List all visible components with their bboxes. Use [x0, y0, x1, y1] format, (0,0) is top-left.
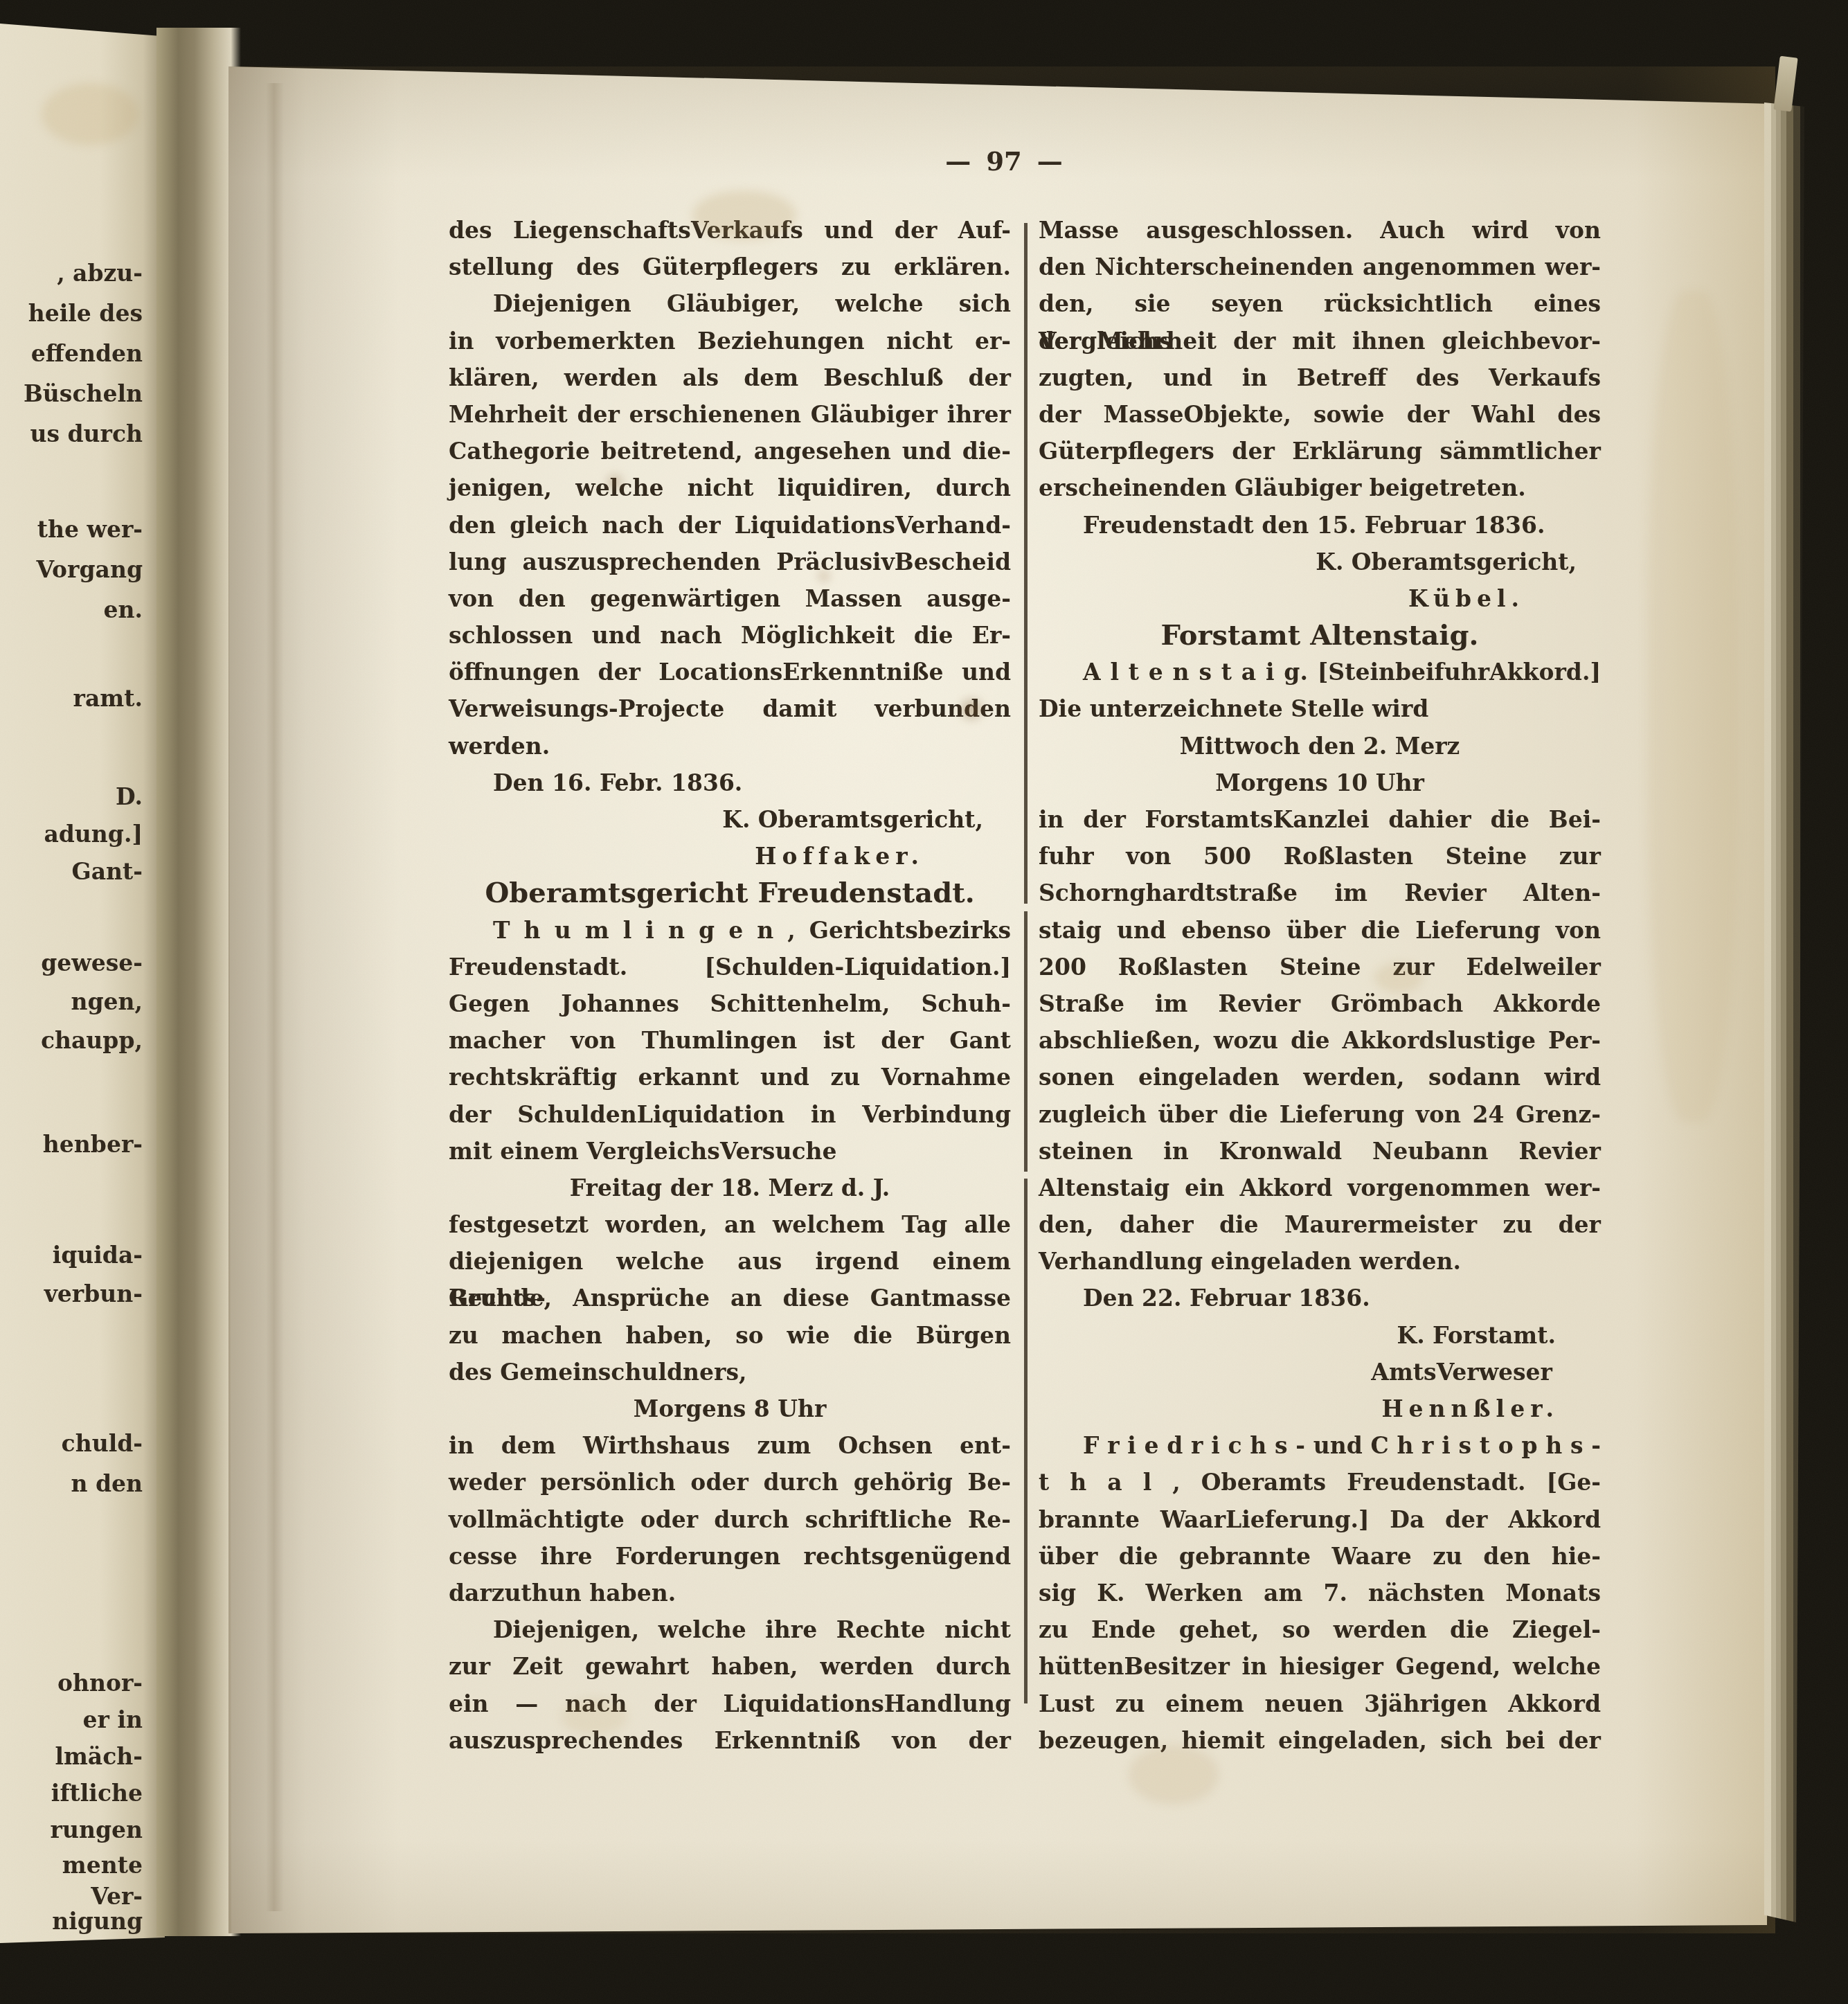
facing-page-text-fragment: rungen — [0, 1814, 143, 1846]
facing-page-text-fragment: effenden — [0, 338, 143, 370]
text-line: jenigen, welche nicht liquidiren, durch — [449, 469, 1011, 506]
text-line: in dem Wirthshaus zum Ochsen ent- — [449, 1427, 1011, 1464]
facing-page-text-fragment: ngen, — [0, 986, 143, 1018]
section-heading: Forstamt Altenstaig. — [1039, 617, 1601, 654]
text-line: Freudenstadt. [Schulden-Liquidation.] — [449, 949, 1011, 985]
header-dash-right: — — [1022, 146, 1078, 177]
text-line: öffnungen der LocationsErkenntniße und — [449, 654, 1011, 690]
text-line: sonen eingeladen werden, sodann wird — [1039, 1059, 1601, 1095]
facing-page-text-fragment: gewese- — [0, 947, 143, 979]
facing-page-text-fragment: D. — [0, 781, 143, 813]
facing-page-text-fragment: iquida- — [0, 1240, 143, 1271]
page-corner-sliver — [1773, 56, 1797, 112]
facing-page-fragments: , abzu-heile deseffendenBüschelnus durch… — [0, 0, 166, 2004]
text-line: staig und ebenso über die Lieferung von — [1039, 912, 1601, 949]
text-line: Morgens 10 Uhr — [1039, 764, 1601, 801]
text-line: der SchuldenLiquidation in Verbindung — [449, 1096, 1011, 1133]
facing-page-text-fragment: Büscheln — [0, 378, 143, 410]
facing-page-text-fragment: , abzu- — [0, 258, 143, 289]
text-line: rechtskräftig erkannt und zu Vornahme — [449, 1059, 1011, 1095]
text-line: von den gegenwärtigen Massen ausge- — [449, 580, 1011, 617]
text-line: Hennßler. — [1039, 1390, 1601, 1427]
text-line: weder persönlich oder durch gehörig Be- — [449, 1464, 1011, 1501]
text-line: 200 Roßlasten Steine zur Edelweiler — [1039, 949, 1601, 985]
fore-edge-page-stack — [1764, 102, 1804, 1922]
text-line: Mehrheit der erschienenen Gläubiger ihre… — [449, 396, 1011, 433]
text-column-left: des LiegenschaftsVerkaufs und der Auf-st… — [449, 212, 1011, 1759]
text-line: abschließen, wozu die Akkordslustige Per… — [1039, 1022, 1601, 1059]
scanned-book-photo: , abzu-heile deseffendenBüschelnus durch… — [0, 0, 1848, 2004]
text-line: A l t e n s t a i g. [SteinbeifuhrAkkord… — [1039, 654, 1601, 690]
column-divider-rule — [1024, 1179, 1028, 1703]
text-line: macher von Thumlingen ist der Gant — [449, 1022, 1011, 1059]
page-number-header: —97— — [228, 143, 1779, 180]
text-line: den Nichterscheinenden angenommen wer- — [1039, 249, 1601, 285]
text-line: lung auszusprechenden PräclusivBescheid — [449, 544, 1011, 580]
text-line: darzuthun haben. — [449, 1575, 1011, 1611]
text-line: Verhandlung eingeladen werden. — [1039, 1243, 1601, 1280]
text-line: Verweisungs-Projecte damit verbunden — [449, 690, 1011, 727]
text-line: bezeugen, hiemit eingeladen, sich bei de… — [1039, 1722, 1601, 1759]
facing-page-text-fragment: iftliche — [0, 1778, 143, 1809]
page-number: 97 — [986, 146, 1022, 177]
text-line: Gegen Johannes Schittenhelm, Schuh- — [449, 985, 1011, 1022]
text-line: t h a l , Oberamts Freudenstadt. [Ge- — [1039, 1464, 1601, 1501]
text-line: Den 22. Februar 1836. — [1039, 1280, 1601, 1316]
text-line: den gleich nach der LiquidationsVerhand- — [449, 507, 1011, 544]
text-line: stellung des Güterpflegers zu erklären. — [449, 249, 1011, 285]
text-line: den, sie seyen rücksichtlich eines Vergl… — [1039, 285, 1601, 322]
text-line: auszusprechendes Erkenntniß von der — [449, 1722, 1011, 1759]
text-line: schlossen und nach Möglichkeit die Er- — [449, 617, 1011, 654]
text-line: K. Oberamtsgericht, — [1039, 544, 1601, 580]
text-line: brannte WaarLieferung.] Da der Akkord — [1039, 1501, 1601, 1538]
text-line: Kübel. — [1039, 580, 1601, 617]
text-line: der Mehrheit der mit ihnen gleichbevor- — [1039, 323, 1601, 359]
text-line: zur Zeit gewahrt haben, werden durch — [449, 1648, 1011, 1685]
facing-page-text-fragment: us durch — [0, 418, 143, 450]
text-line: der MasseObjekte, sowie der Wahl des — [1039, 396, 1601, 433]
facing-page-text-fragment: n den — [0, 1468, 143, 1500]
text-line: erscheinenden Gläubiger beigetreten. — [1039, 469, 1601, 506]
facing-page-text-fragment: nigung — [0, 1906, 143, 1938]
facing-page-text-fragment: henber- — [0, 1129, 143, 1161]
column-divider-rule — [1024, 223, 1028, 904]
facing-page-text-fragment: adung.] — [0, 818, 143, 850]
text-line: Mittwoch den 2. Merz — [1039, 728, 1601, 764]
text-line: zu Ende gehet, so werden die Ziegel- — [1039, 1611, 1601, 1648]
text-line: in der ForstamtsKanzlei dahier die Bei- — [1039, 801, 1601, 838]
text-line: in vorbemerkten Beziehungen nicht er- — [449, 323, 1011, 359]
text-line: des LiegenschaftsVerkaufs und der Auf- — [449, 212, 1011, 249]
text-line: Die unterzeichnete Stelle wird — [1039, 690, 1601, 727]
text-line: Grunde, Ansprüche an diese Gantmasse — [449, 1280, 1011, 1316]
column-divider-rule — [1024, 911, 1028, 1172]
facing-page-text-fragment: en. — [0, 594, 143, 626]
text-line: Schornghardtstraße im Revier Alten- — [1039, 875, 1601, 911]
text-line: sig K. Werken am 7. nächsten Monats — [1039, 1575, 1601, 1611]
text-line: mit einem VergleichsVersuche — [449, 1133, 1011, 1170]
book-gutter — [156, 28, 241, 1936]
text-line: fuhr von 500 Roßlasten Steine zur — [1039, 838, 1601, 875]
text-line: werden. — [449, 728, 1011, 764]
text-line: cesse ihre Forderungen rechtsgenügend — [449, 1538, 1011, 1575]
text-line: Hoffaker. — [449, 838, 1011, 875]
text-line: zu machen haben, so wie die Bürgen — [449, 1317, 1011, 1354]
facing-page-text-fragment: mente — [0, 1850, 143, 1881]
facing-page-text-fragment: heile des — [0, 298, 143, 330]
facing-page-text-fragment: verbun- — [0, 1278, 143, 1310]
facing-page-text-fragment: chaupp, — [0, 1025, 143, 1057]
facing-page-text-fragment: chuld- — [0, 1428, 143, 1460]
text-line: Altenstaig ein Akkord vorgenommen wer- — [1039, 1170, 1601, 1206]
text-line: festgesetzt worden, an welchem Tag alle — [449, 1206, 1011, 1243]
text-line: Morgens 8 Uhr — [449, 1390, 1011, 1427]
text-line: Diejenigen Gläubiger, welche sich — [449, 285, 1011, 322]
text-line: hüttenBesitzer in hiesiger Gegend, welch… — [1039, 1648, 1601, 1685]
text-line: Güterpflegers der Erklärung sämmtlicher — [1039, 433, 1601, 469]
text-line: diejenigen welche aus irgend einem Recht… — [449, 1243, 1011, 1280]
text-line: Freudenstadt den 15. Februar 1836. — [1039, 507, 1601, 544]
text-line: Freitag der 18. Merz d. J. — [449, 1170, 1011, 1206]
facing-page-text-fragment: Vorgang — [0, 554, 143, 586]
text-line: Cathegorie beitretend, angesehen und die… — [449, 433, 1011, 469]
text-line: Lust zu einem neuen 3jährigen Akkord — [1039, 1685, 1601, 1722]
facing-page-sliver: , abzu-heile deseffendenBüschelnus durch… — [0, 0, 166, 2004]
text-line: des Gemeinschuldners, — [449, 1354, 1011, 1390]
text-line: F r i e d r i c h s - und C h r i s t o … — [1039, 1427, 1601, 1464]
paper-crease — [266, 83, 284, 1911]
text-line: AmtsVerweser — [1039, 1354, 1601, 1390]
text-line: Masse ausgeschlossen. Auch wird von — [1039, 212, 1601, 249]
text-line: Den 16. Febr. 1836. — [449, 764, 1011, 801]
facing-page-text-fragment: the wer- — [0, 514, 143, 546]
text-line: ein — nach der LiquidationsHandlung — [449, 1685, 1011, 1722]
text-line: Straße im Revier Grömbach Akkorde — [1039, 985, 1601, 1022]
text-line: den, daher die Maurermeister zu der — [1039, 1206, 1601, 1243]
facing-page-text-fragment: ohnor- — [0, 1667, 143, 1699]
text-column-right: Masse ausgeschlossen. Auch wird vonden N… — [1039, 212, 1601, 1759]
text-line: K. Forstamt. — [1039, 1317, 1601, 1354]
text-line: steinen in Kronwald Neubann Revier — [1039, 1133, 1601, 1170]
facing-page-text-fragment: lmäch- — [0, 1741, 143, 1773]
text-line: über die gebrannte Waare zu den hie- — [1039, 1538, 1601, 1575]
text-line: K. Oberamtsgericht, — [449, 801, 1011, 838]
text-line: vollmächtigte oder durch schriftliche Re… — [449, 1501, 1011, 1538]
text-line: klären, werden als dem Beschluß der — [449, 359, 1011, 396]
facing-page-text-fragment: Gant- — [0, 856, 143, 888]
header-dash-left: — — [930, 146, 986, 177]
text-line: T h u m l i n g e n , Gerichtsbezirks — [449, 912, 1011, 949]
text-line: zugten, und in Betreff des Verkaufs — [1039, 359, 1601, 396]
facing-page-text-fragment: er in — [0, 1704, 143, 1736]
book-page-97: —97— des LiegenschaftsVerkaufs und der A… — [0, 0, 1848, 2004]
text-line: zugleich über die Lieferung von 24 Grenz… — [1039, 1096, 1601, 1133]
facing-page-text-fragment: ramt. — [0, 683, 143, 715]
section-heading: Oberamtsgericht Freudenstadt. — [449, 875, 1011, 911]
text-line: Diejenigen, welche ihre Rechte nicht — [449, 1611, 1011, 1648]
